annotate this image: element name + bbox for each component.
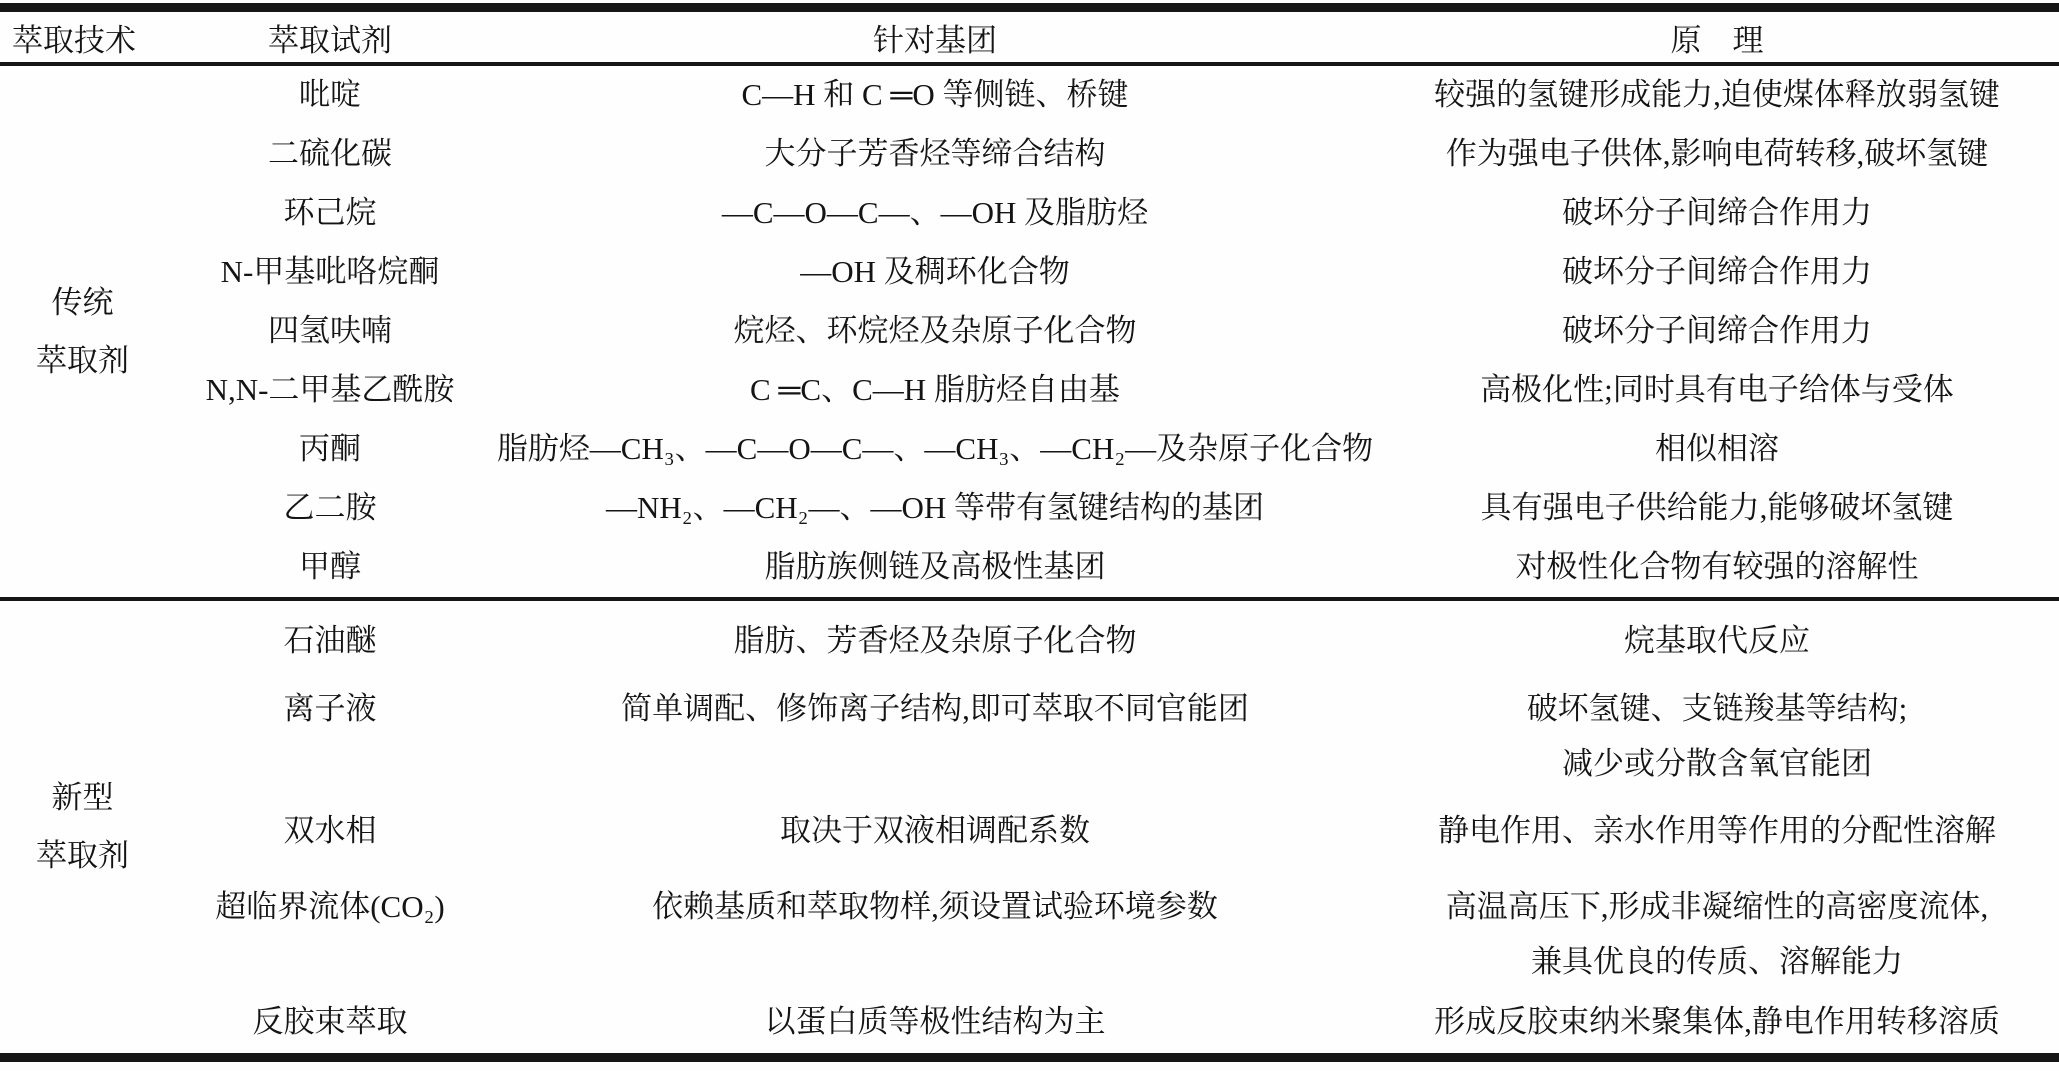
extraction-table-page: 萃取技术 萃取试剂 针对基团 原 理 传统 萃取剂 吡啶 C—H 和 C ═O … [0,0,2059,1071]
table-row: N-甲基吡咯烷酮 —OH 及稠环化合物 破坏分子间缔合作用力 [165,243,2059,302]
groups-cell: 取决于双液相调配系数 [495,811,1375,851]
table-row: 双水相 取决于双液相调配系数 静电作用、亲水作用等作用的分配性溶解 [165,791,2059,871]
reagent-cell: 石油醚 [165,621,495,661]
header-technique: 萃取技术 [0,15,165,60]
rows-novel: 石油醚 脂肪、芳香烃及杂原子化合物 烷基取代反应 离子液 简单调配、修饰离子结构… [165,601,2059,1053]
table-row: 乙二胺 —NH₂、—CH₂—、—OH 等带有氢键结构的基团 具有强电子供给能力,… [165,479,2059,538]
table-row: 超临界流体(CO₂) 依赖基质和萃取物样,须设置试验环境参数 高温高压下,形成非… [165,871,2059,991]
groups-cell: 大分子芳香烃等缔合结构 [495,134,1375,174]
groups-cell: 烷烃、环烷烃及杂原子化合物 [495,311,1375,351]
table-row: 丙酮 脂肪烃—CH₃、—C—O—C—、—CH₃、—CH₂—及杂原子化合物 相似相… [165,420,2059,479]
groups-cell: —OH 及稠环化合物 [495,252,1375,292]
principle-cell: 破坏分子间缔合作用力 [1375,252,2059,292]
reagent-cell: 二硫化碳 [165,134,495,174]
table-row: 环己烷 —C—O—C—、—OH 及脂肪烃 破坏分子间缔合作用力 [165,184,2059,243]
table-row: 反胶束萃取 以蛋白质等极性结构为主 形成反胶束纳米聚集体,静电作用转移溶质 [165,991,2059,1053]
reagent-cell: N-甲基吡咯烷酮 [165,252,495,292]
principle-cell: 对极性化合物有较强的溶解性 [1375,547,2059,587]
principle-cell: 形成反胶束纳米聚集体,静电作用转移溶质 [1375,1002,2059,1042]
principle-cell: 较强的氢键形成能力,迫使煤体释放弱氢键 [1375,75,2059,115]
reagent-cell: 吡啶 [165,75,495,115]
principle-cell: 破坏氢键、支链羧基等结构; 减少或分散含氧官能团 [1375,681,2059,791]
principle-cell: 破坏分子间缔合作用力 [1375,193,2059,233]
reagent-cell: 乙二胺 [165,488,495,528]
bottom-rule [0,1053,2059,1062]
reagent-cell: N,N-二甲基乙酰胺 [165,370,495,410]
header-groups: 针对基团 [495,15,1375,60]
groups-cell: C ═C、C—H 脂肪烃自由基 [495,370,1375,410]
principle-cell: 相似相溶 [1375,429,2059,469]
reagent-cell: 丙酮 [165,429,495,469]
reagent-cell: 离子液 [165,681,495,736]
groups-cell: 脂肪、芳香烃及杂原子化合物 [495,621,1375,661]
principle-cell: 高极化性;同时具有电子给体与受体 [1375,370,2059,410]
section-traditional: 传统 萃取剂 吡啶 C—H 和 C ═O 等侧链、桥键 较强的氢键形成能力,迫使… [0,66,2059,597]
table-row: 四氢呋喃 烷烃、环烷烃及杂原子化合物 破坏分子间缔合作用力 [165,302,2059,361]
technique-label-novel: 新型 萃取剂 [0,601,165,1053]
technique-line: 新型 [52,769,114,827]
table-row: 甲醇 脂肪族侧链及高极性基团 对极性化合物有较强的溶解性 [165,538,2059,597]
table-row: 石油醚 脂肪、芳香烃及杂原子化合物 烷基取代反应 [165,601,2059,681]
groups-cell: 简单调配、修饰离子结构,即可萃取不同官能团 [495,681,1375,736]
reagent-cell: 超临界流体(CO₂) [165,879,495,934]
reagent-cell: 四氢呋喃 [165,311,495,351]
technique-label-traditional: 传统 萃取剂 [0,66,165,597]
principle-cell: 高温高压下,形成非凝缩性的高密度流体, 兼具优良的传质、溶解能力 [1375,879,2059,989]
principle-cell: 烷基取代反应 [1375,621,2059,661]
technique-line: 传统 [52,274,114,332]
groups-cell: —NH₂、—CH₂—、—OH 等带有氢键结构的基团 [495,488,1375,528]
principle-cell: 具有强电子供给能力,能够破坏氢键 [1375,488,2059,528]
section-novel: 新型 萃取剂 石油醚 脂肪、芳香烃及杂原子化合物 烷基取代反应 离子液 简单调配… [0,601,2059,1053]
groups-cell: 脂肪族侧链及高极性基团 [495,547,1375,587]
top-rule [0,3,2059,12]
reagent-cell: 双水相 [165,811,495,851]
table-row: N,N-二甲基乙酰胺 C ═C、C—H 脂肪烃自由基 高极化性;同时具有电子给体… [165,361,2059,420]
header-reagent: 萃取试剂 [165,15,495,60]
technique-line: 萃取剂 [36,332,129,390]
groups-cell: 依赖基质和萃取物样,须设置试验环境参数 [495,879,1375,934]
table-row: 二硫化碳 大分子芳香烃等缔合结构 作为强电子供体,影响电荷转移,破坏氢键 [165,125,2059,184]
table-row: 吡啶 C—H 和 C ═O 等侧链、桥键 较强的氢键形成能力,迫使煤体释放弱氢键 [165,66,2059,125]
table-header-row: 萃取技术 萃取试剂 针对基团 原 理 [0,12,2059,62]
groups-cell: 以蛋白质等极性结构为主 [495,1002,1375,1042]
principle-cell: 破坏分子间缔合作用力 [1375,311,2059,351]
reagent-cell: 环己烷 [165,193,495,233]
groups-cell: C—H 和 C ═O 等侧链、桥键 [495,75,1375,115]
technique-line: 萃取剂 [36,827,129,885]
principle-cell: 作为强电子供体,影响电荷转移,破坏氢键 [1375,134,2059,174]
rows-traditional: 吡啶 C—H 和 C ═O 等侧链、桥键 较强的氢键形成能力,迫使煤体释放弱氢键… [165,66,2059,597]
header-principle: 原 理 [1375,15,2059,60]
groups-cell: —C—O—C—、—OH 及脂肪烃 [495,193,1375,233]
table-row: 离子液 简单调配、修饰离子结构,即可萃取不同官能团 破坏氢键、支链羧基等结构; … [165,681,2059,791]
reagent-cell: 反胶束萃取 [165,1002,495,1042]
principle-cell: 静电作用、亲水作用等作用的分配性溶解 [1375,811,2059,851]
groups-cell: 脂肪烃—CH₃、—C—O—C—、—CH₃、—CH₂—及杂原子化合物 [495,429,1375,469]
reagent-cell: 甲醇 [165,547,495,587]
